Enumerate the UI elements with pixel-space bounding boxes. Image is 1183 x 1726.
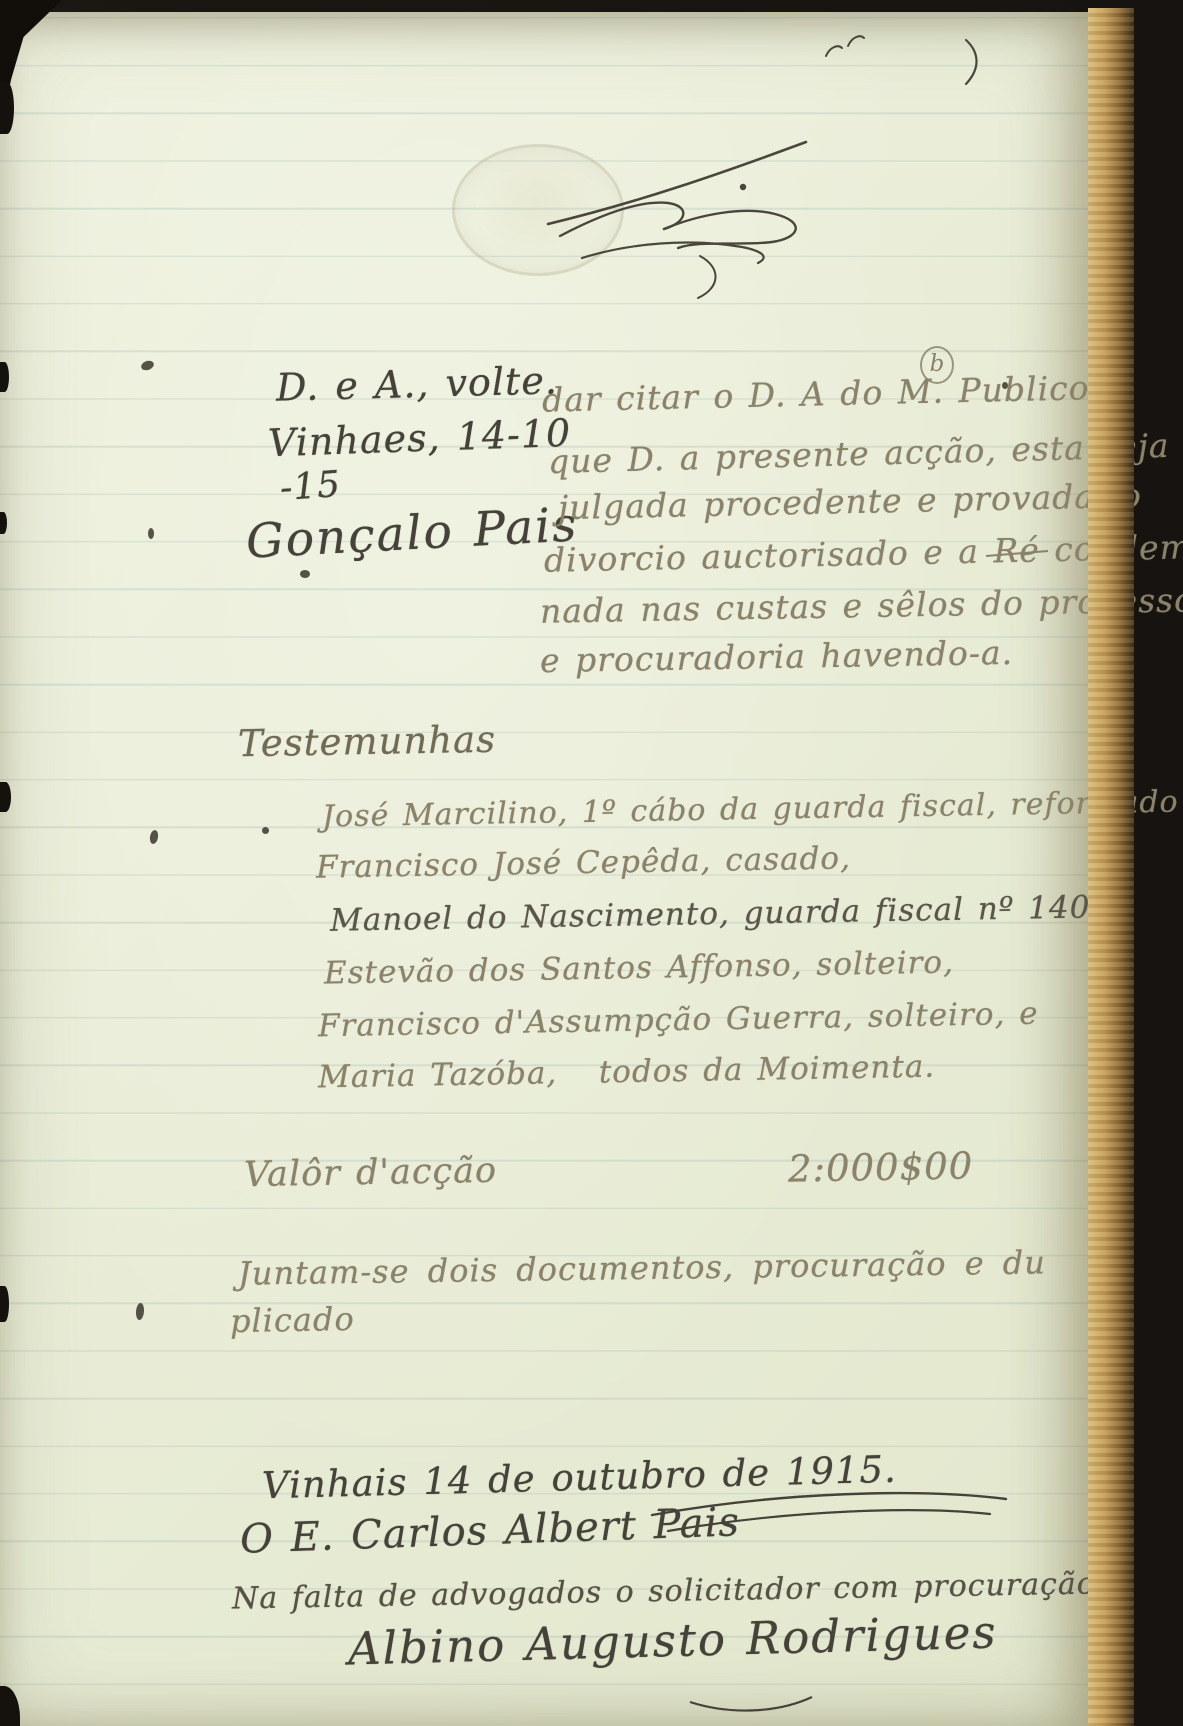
- witness-line: Francisco d'Assumpção Guerra, solteiro, …: [318, 997, 1039, 1044]
- margin-note-line: Vinhaes, 14-10: [267, 413, 572, 465]
- scanned-manuscript-page: D. e A., volte. Vinhaes, 14-10 -15 Gonça…: [0, 0, 1183, 1726]
- edge-nick: [0, 782, 11, 812]
- margin-signature: Gonçalo Pais: [245, 499, 580, 568]
- witnesses-heading: Testemunhas: [238, 720, 497, 765]
- witness-line: José Marcilino, 1º cábo da guarda fiscal…: [322, 786, 1179, 834]
- ink-speck: [262, 827, 269, 834]
- advocate-signature: O E. Carlos Albert Pais: [239, 1500, 740, 1561]
- petition-line: julgada procedente e provada, o: [558, 478, 1142, 527]
- edge-nick: [0, 82, 14, 134]
- petition-line: que D. a presente acção, esta seja: [548, 428, 1170, 481]
- witness-line: Francisco José Cepêda, casado,: [316, 841, 851, 884]
- ink-speck: [300, 570, 310, 578]
- ink-speck: [149, 829, 159, 844]
- margin-note-line: D. e A., volte.: [276, 360, 559, 409]
- petition-line: nada nas custas e sêlos do processo: [540, 582, 1183, 630]
- ink-speck: [140, 359, 155, 372]
- petition-line: e procuradoria havendo-a.: [540, 635, 1014, 680]
- action-value-label: Valôr d'acção: [244, 1152, 498, 1195]
- action-value-amount: 2:000$00: [788, 1146, 974, 1190]
- ink-speck: [135, 1303, 144, 1321]
- book-page-edge: [1088, 8, 1134, 1726]
- attachment-note-line: Juntam-se dois documentos, procuração e …: [238, 1245, 1046, 1291]
- margin-note-line: -15: [279, 465, 343, 509]
- solicitor-signature: Albino Augusto Rodrigues: [347, 1608, 998, 1674]
- ink-speck: [1002, 382, 1008, 389]
- attachment-note-line: plicado: [230, 1302, 355, 1339]
- ink-speck: [148, 528, 154, 539]
- edge-nick: [0, 1286, 9, 1322]
- place-date-line: Vinhais 14 de outubro de 1915.: [262, 1450, 898, 1507]
- edge-nick: [0, 512, 7, 534]
- witness-line: Manoel do Nascimento, guarda fiscal nº 1…: [330, 890, 1102, 938]
- edge-nick: [0, 362, 9, 392]
- petition-line: dar citar o D. A do M. Publico e: [542, 369, 1125, 419]
- manuscript-paper: D. e A., volte. Vinhaes, 14-10 -15 Gonça…: [0, 12, 1088, 1726]
- embossed-seal: [452, 144, 624, 276]
- witness-line: Estevão dos Santos Affonso, solteiro,: [324, 946, 954, 991]
- witness-line: Maria Tazóba, todos da Moimenta.: [318, 1050, 936, 1095]
